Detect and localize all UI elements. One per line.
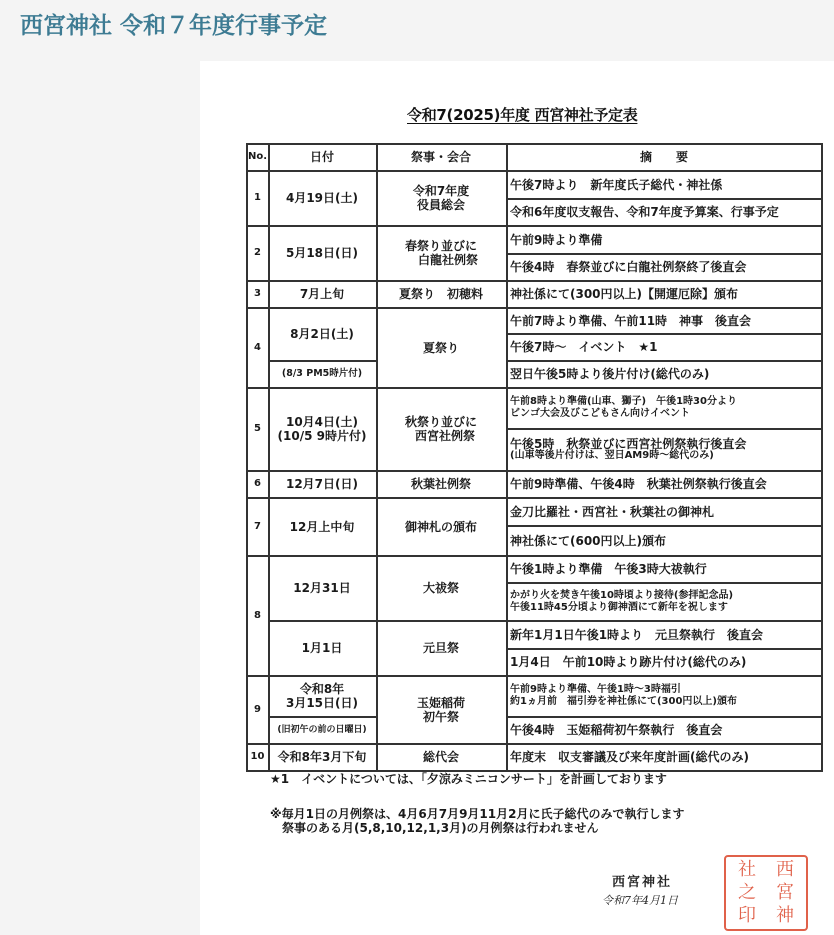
seal-char: 之: [728, 882, 766, 905]
row-summary: 午後4時 春祭並びに白龍社例祭終了後直会: [506, 254, 822, 280]
shrine-signature: 西宮神社: [612, 871, 672, 890]
row-summary: 1月4日 午前10時より跡片付け(総代のみ): [506, 649, 822, 675]
row-no: 10: [247, 744, 268, 770]
row-event: 秋葉社例祭: [376, 471, 506, 497]
row-summary: 神社係にて(300円以上)【開運厄除】頒布: [506, 281, 822, 307]
footnote-monthly-sub: 祭事のある月(5,8,10,12,1,3月)の月例祭は行われません: [282, 821, 599, 835]
row-date: 12月上中旬: [268, 498, 376, 555]
row-summary: 金刀比羅社・西宮社・秋葉社の御神札: [506, 498, 822, 525]
row-no: 7: [247, 498, 268, 555]
row-event: 夏祭り 初穂料: [376, 281, 506, 307]
row-event: 夏祭り: [376, 308, 506, 387]
seal-char: 印: [728, 904, 766, 927]
row-date: 12月31日: [268, 556, 376, 620]
row-date: 10月4日(土)(10/5 9時片付): [268, 388, 376, 470]
row-date: 令和8年3月15日(日): [268, 676, 376, 716]
row-summary: 年度末 収支審議及び来年度計画(総代のみ): [506, 744, 822, 770]
footnote-star: ★1 イベントについては、「夕涼みミニコンサート」を計画しております: [270, 772, 667, 786]
row-date: 1月1日: [268, 621, 376, 675]
row-event: 春祭り並びに白龍社例祭: [376, 226, 506, 280]
header-event: 祭事・会合: [376, 144, 506, 170]
row-summary: 新年1月1日午後1時より 元旦祭執行 後直会: [506, 621, 822, 648]
row-no: 1: [247, 171, 268, 225]
row-summary: 午後4時 玉姫稲荷初午祭執行 後直会: [506, 717, 822, 743]
row-summary: 午前9時より準備、午後1時～3時福引約1ヵ月前 福引券を神社係にて(300円以上…: [506, 676, 822, 716]
row-date: 5月18日(日): [268, 226, 376, 280]
shrine-seal-stamp: 西 宮 神 社 之 印: [724, 855, 808, 931]
header-date: 日付: [268, 144, 376, 170]
row-event: 総代会: [376, 744, 506, 770]
seal-char: 宮: [766, 882, 804, 905]
footnote-monthly: ※毎月1日の月例祭は、4月6月7月9月11月2月に氏子総代のみで執行します: [270, 807, 684, 821]
row-no: 8: [247, 556, 268, 675]
row-no: 6: [247, 471, 268, 497]
row-event: 大祓祭: [376, 556, 506, 620]
header-summary: 摘 要: [506, 144, 822, 170]
row-no: 3: [247, 281, 268, 307]
seal-char: 西: [766, 859, 804, 882]
row-event: 令和7年度役員総会: [376, 171, 506, 225]
row-summary: 午前9時より準備: [506, 226, 822, 253]
row-date: 7月上旬: [268, 281, 376, 307]
row-event: 秋祭り並びに西宮社例祭: [376, 388, 506, 470]
row-summary: 午後5時 秋祭並びに西宮社例祭執行後直会(山車等後片付けは、翌日AM9時～総代の…: [506, 429, 822, 470]
row-no: 4: [247, 308, 268, 387]
row-summary: 午前7時より準備、午前11時 神事 後直会: [506, 308, 822, 333]
row-summary: かがり火を焚き午後10時頃より接待(参拝記念品)午後11時45分頃より御神酒にて…: [506, 583, 822, 620]
row-date: 8月2日(土): [268, 308, 376, 360]
row-summary: 午前9時準備、午後4時 秋葉社例祭執行後直会: [506, 471, 822, 497]
row-event: 玉姫稲荷初午祭: [376, 676, 506, 743]
row-no: 9: [247, 676, 268, 743]
row-date: 12月7日(日): [268, 471, 376, 497]
row-summary: 令和6年度収支報告、令和7年度予算案、行事予定: [506, 199, 822, 225]
row-event: 御神札の頒布: [376, 498, 506, 555]
row-date: 4月19日(土): [268, 171, 376, 225]
signature-date: 令和7年4月1日: [602, 892, 678, 908]
row-summary: 午後7時～ イベント ★1: [506, 334, 822, 360]
row-summary: 午後7時より 新年度氏子総代・神社係: [506, 171, 822, 198]
row-event: 元旦祭: [376, 621, 506, 675]
row-summary: 神社係にて(600円以上)頒布: [506, 526, 822, 555]
row-no: 2: [247, 226, 268, 280]
row-date-note: (8/3 PM5時片付): [268, 361, 376, 387]
row-summary: 翌日午後5時より後片付け(総代のみ): [506, 361, 822, 387]
schedule-table: No. 日付 祭事・会合 摘 要 1 4月19日(土) 令和7年度役員総会 午後…: [0, 0, 834, 935]
row-summary: 午後1時より準備 午後3時大祓執行: [506, 556, 822, 582]
seal-char: 社: [728, 859, 766, 882]
header-no: No.: [247, 144, 268, 170]
row-summary: 午前8時より準備(山車、獅子) 午後1時30分よりビンゴ大会及びこどもさん向けイ…: [506, 388, 822, 428]
row-date-note: (旧初午の前の日曜日): [268, 717, 376, 743]
seal-char: 神: [766, 904, 804, 927]
row-date: 令和8年3月下旬: [268, 744, 376, 770]
row-no: 5: [247, 388, 268, 470]
